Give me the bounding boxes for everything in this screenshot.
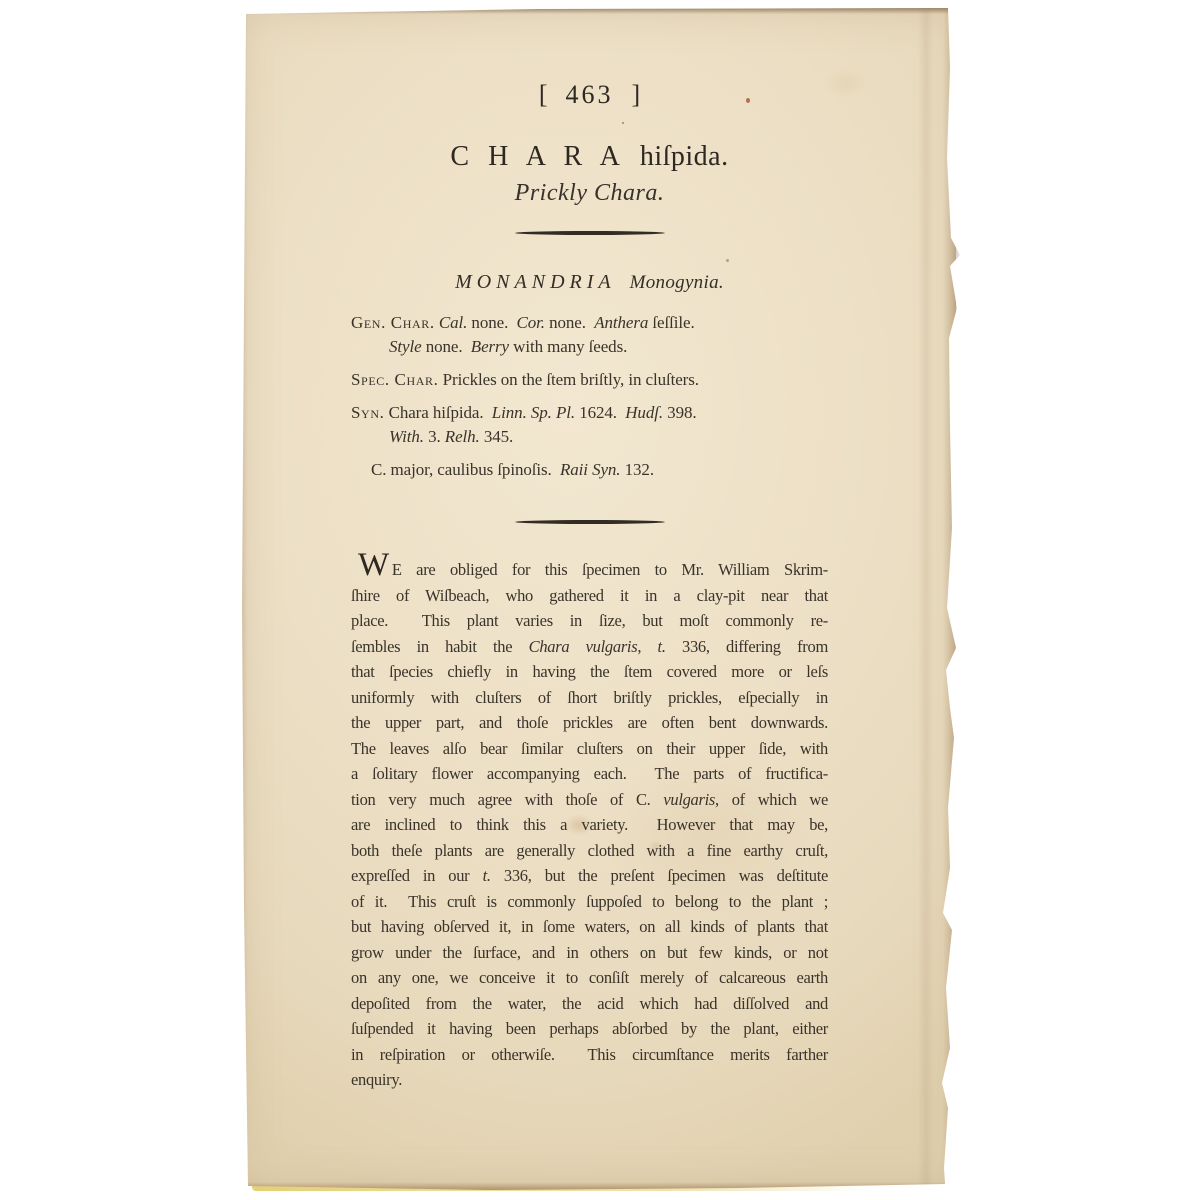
text-line: of it. This cruſt is commonly ſuppoſed t… xyxy=(351,889,828,915)
paper-page: [463] C H A R Ahiſpida. Prickly Chara. M… xyxy=(238,8,956,1190)
text-segment: ſeſſile. xyxy=(648,313,694,332)
separator-rule xyxy=(515,231,665,235)
text-segment: Relh. xyxy=(445,427,480,446)
text-line: Spec. Char. Prickles on the ſtem briſtly… xyxy=(351,368,828,392)
text-line: a ſolitary flower accompanying each. The… xyxy=(351,761,828,787)
text-line: but having obſerved it, in ſome waters, … xyxy=(351,914,828,940)
species-epithet: hiſpida. xyxy=(640,141,729,172)
text-segment: grow under the ſurface, and in others on… xyxy=(351,943,828,962)
text-line: grow under the ſurface, and in others on… xyxy=(351,940,828,966)
text-line: both theſe plants are generally clothed … xyxy=(351,838,828,864)
text-segment: are inclined to think this a variety. Ho… xyxy=(351,815,828,834)
text-segment: Hudſ. xyxy=(625,403,663,422)
text-segment: Gen. Char. xyxy=(351,313,435,332)
text-segment: Berry xyxy=(471,337,509,356)
text-segment: Chara vulgaris xyxy=(529,637,638,656)
text-line: ſembles in habit the Chara vulgaris, t. … xyxy=(351,634,828,660)
text-line: place. This plant varies in ſize, but mo… xyxy=(351,608,828,634)
classification-line: MONANDRIAMonogynia. xyxy=(351,269,828,296)
text-line: enquiry. xyxy=(351,1067,828,1093)
text-line: Style none. Berry with many ſeeds. xyxy=(351,335,828,359)
text-segment: the upper part, and thoſe prickles are o… xyxy=(351,713,828,732)
text-segment: ſembles in habit the xyxy=(351,637,529,656)
text-segment: both theſe plants are generally clothed … xyxy=(351,841,828,860)
text-segment: 3. xyxy=(424,427,445,446)
text-line: ſuſpended it having been perhaps abſorbe… xyxy=(351,1016,828,1042)
text-segment: place. This plant varies in ſize, but mo… xyxy=(351,611,828,630)
text-line: ſhire of Wiſbeach, who gathered it in a … xyxy=(351,583,828,609)
taxonomy-block: Gen. Char. Cal. none. Cor. none. Anthera… xyxy=(351,311,828,482)
page-edge-right xyxy=(943,8,956,1190)
text-line: The leaves alſo bear ſimilar cluſters on… xyxy=(351,736,828,762)
text-segment: but having obſerved it, in ſome waters, … xyxy=(351,917,828,936)
text-segment: The leaves alſo bear ſimilar cluſters on… xyxy=(351,739,828,758)
text-line: Syn. Chara hiſpida. Linn. Sp. Pl. 1624. … xyxy=(351,401,828,425)
text-line: that ſpecies chiefly in having the ſtem … xyxy=(351,659,828,685)
page-number: [463] xyxy=(351,80,828,110)
class-name: MONANDRIA xyxy=(455,271,616,293)
text-segment: 132. xyxy=(620,460,654,479)
text-segment: Anthera xyxy=(594,313,648,332)
text-segment: on any one, we conceive it to conſiſt me… xyxy=(351,968,828,987)
text-segment: tion very much agree with thoſe of C. xyxy=(351,790,663,809)
text-segment: none. xyxy=(467,313,516,332)
page-edge-left xyxy=(238,8,248,1190)
paper-crease xyxy=(918,8,934,1190)
text-line: expreſſed in our t. 336, but the preſent… xyxy=(351,863,828,889)
text-segment: 398. xyxy=(663,403,697,422)
text-segment: E are obliged for this ſpecimen to Mr. W… xyxy=(392,560,828,579)
text-line: depoſited from the water, the acid which… xyxy=(351,991,828,1017)
text-segment: vulgaris xyxy=(663,790,715,809)
text-segment: of it. This cruſt is commonly ſuppoſed t… xyxy=(351,892,828,911)
text-segment: t. xyxy=(483,866,491,885)
text-segment: Spec. Char. xyxy=(351,370,439,389)
text-segment: Raii Syn. xyxy=(560,460,620,479)
text-line: WE are obliged for this ſpecimen to Mr. … xyxy=(351,557,828,583)
text-segment: 336, differing from xyxy=(666,637,828,656)
text-segment: a ſolitary flower accompanying each. The… xyxy=(351,764,828,783)
separator-rule xyxy=(515,520,665,524)
text-segment: Prickles on the ſtem briſtly, in cluſter… xyxy=(439,370,699,389)
text-segment: expreſſed in our xyxy=(351,866,483,885)
text-segment: none. xyxy=(545,313,594,332)
text-line: Gen. Char. Cal. none. Cor. none. Anthera… xyxy=(351,311,828,335)
text-line: uniformly with cluſters of ſhort briſtly… xyxy=(351,685,828,711)
text-segment: Linn. Sp. Pl. xyxy=(492,403,575,422)
scan-background: { "colors":{ "background":"#ffffff", "pa… xyxy=(0,0,1200,1200)
text-segment: 345. xyxy=(480,427,514,446)
paper-stain xyxy=(823,68,869,98)
text-segment: Style xyxy=(389,337,422,356)
text-segment: , xyxy=(637,637,657,656)
page-number-value: 463 xyxy=(566,80,614,109)
bracket-left: [ xyxy=(539,80,548,109)
text-segment: t. xyxy=(658,637,666,656)
order-name: Monogynia. xyxy=(630,272,724,293)
text-segment: ſhire of Wiſbeach, who gathered it in a … xyxy=(351,586,828,605)
text-segment: , of which we xyxy=(715,790,828,809)
text-segment: With. xyxy=(389,427,424,446)
species-title: C H A R Ahiſpida. xyxy=(351,140,828,173)
text-segment: with many ſeeds. xyxy=(509,337,627,356)
text-line: C. major, caulibus ſpinoſis. Raii Syn. 1… xyxy=(351,458,828,482)
text-segment: in reſpiration or otherwiſe. This circum… xyxy=(351,1045,828,1064)
text-segment: C. major, caulibus ſpinoſis. xyxy=(371,460,560,479)
text-segment: that ſpecies chiefly in having the ſtem … xyxy=(351,662,828,681)
text-line: in reſpiration or otherwiſe. This circum… xyxy=(351,1042,828,1068)
text-segment: 1624. xyxy=(575,403,625,422)
drop-cap: W xyxy=(358,547,389,583)
text-line: tion very much agree with thoſe of C. vu… xyxy=(351,787,828,813)
text-segment: depoſited from the water, the acid which… xyxy=(351,994,828,1013)
text-segment: enquiry. xyxy=(351,1070,402,1089)
text-segment: none. xyxy=(422,337,471,356)
text-line: the upper part, and thoſe prickles are o… xyxy=(351,710,828,736)
text-segment: 336, but the preſent ſpecimen was deſtit… xyxy=(491,866,828,885)
page-content: [463] C H A R Ahiſpida. Prickly Chara. M… xyxy=(351,8,828,1093)
body-text: WE are obliged for this ſpecimen to Mr. … xyxy=(351,557,828,1093)
text-line: With. 3. Relh. 345. xyxy=(351,425,828,449)
text-segment: Cal. xyxy=(439,313,467,332)
text-segment: Syn. xyxy=(351,403,384,422)
text-segment: Chara hiſpida. xyxy=(384,403,491,422)
text-line: on any one, we conceive it to conſiſt me… xyxy=(351,965,828,991)
text-segment: Cor. xyxy=(517,313,545,332)
genus-name: C H A R A xyxy=(450,141,625,172)
bracket-right: ] xyxy=(632,80,641,109)
text-segment: uniformly with cluſters of ſhort briſtly… xyxy=(351,688,828,707)
common-name: Prickly Chara. xyxy=(351,179,828,207)
text-line: are inclined to think this a variety. Ho… xyxy=(351,812,828,838)
text-segment: ſuſpended it having been perhaps abſorbe… xyxy=(351,1019,828,1038)
